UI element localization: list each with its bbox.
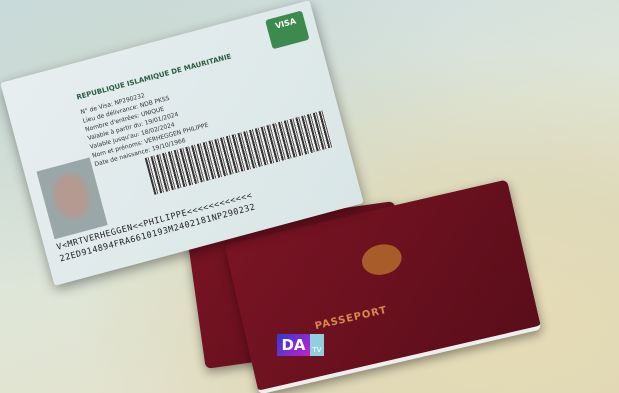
logo-main: DA bbox=[277, 334, 310, 356]
datv-logo: DA TV bbox=[277, 334, 324, 356]
logo-sub: TV bbox=[310, 334, 324, 356]
blurred-face bbox=[49, 170, 94, 223]
passport-emblem-icon bbox=[359, 240, 405, 278]
holder-photo bbox=[36, 157, 107, 239]
passport-label: PASSEPORT bbox=[314, 305, 388, 332]
visa-badge: VISA bbox=[265, 10, 309, 49]
